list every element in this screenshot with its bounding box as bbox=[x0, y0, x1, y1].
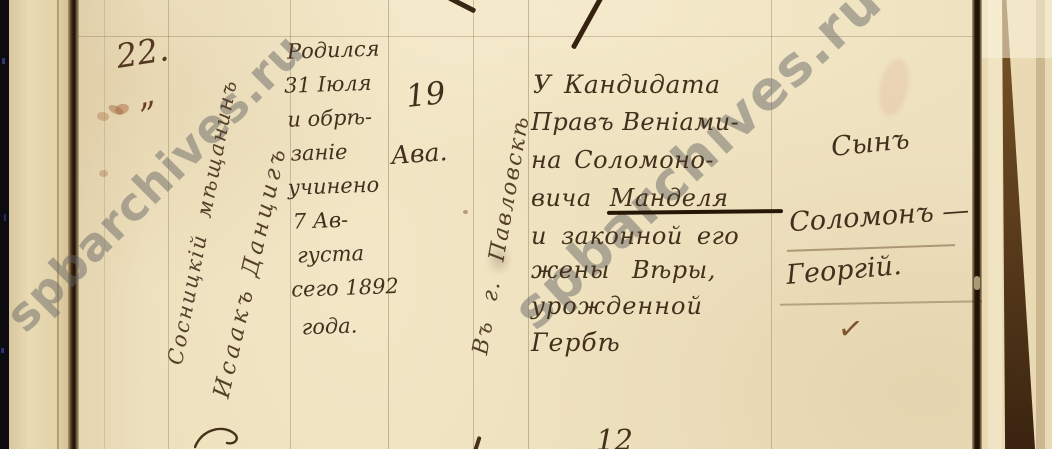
column-rule bbox=[473, 0, 474, 449]
right-page-light-band bbox=[988, 0, 1002, 449]
record-number: 22. bbox=[114, 32, 171, 73]
hebrew-date-month: Ава. bbox=[390, 139, 448, 168]
check-mark: ✓ bbox=[836, 310, 866, 348]
fox-spot bbox=[99, 170, 108, 177]
page-edge-line bbox=[57, 0, 59, 449]
birth-date-text: Родился 31 Іюля и обрѣ- заніе учинено 7 … bbox=[283, 38, 394, 351]
date-line: заніе bbox=[290, 142, 348, 165]
date-line: сего 1892 bbox=[291, 276, 399, 301]
page-edge-strip bbox=[9, 0, 75, 449]
parents-line: У Кандидата bbox=[533, 72, 721, 97]
date-line: года. bbox=[301, 315, 357, 338]
date-line: 31 Іюля bbox=[284, 73, 372, 97]
parents-line: Гербѣ bbox=[531, 330, 621, 355]
fold-highlight bbox=[974, 276, 980, 290]
child-name-line2: Георгій. bbox=[785, 252, 903, 289]
parents-line: вича Манделя bbox=[531, 186, 729, 210]
date-line: густа bbox=[297, 243, 365, 266]
birthplace-text: Въ г. Павловскѣ bbox=[470, 113, 534, 356]
book-binding-edge bbox=[0, 0, 9, 449]
officiant-name: Исаакъ Данцигъ bbox=[211, 144, 291, 401]
parents-line: на Соломоно- bbox=[531, 148, 714, 172]
date-line: Родился bbox=[287, 38, 380, 62]
child-name-line1: Соломонъ — bbox=[788, 197, 970, 237]
child-name-underline bbox=[787, 244, 955, 251]
parents-line: и законной его bbox=[531, 224, 739, 248]
page-fold-line-left bbox=[68, 0, 79, 449]
parents-line: урожденной bbox=[531, 294, 703, 318]
binding-speckle bbox=[1, 348, 4, 353]
ink-fragment-bottom-flourish bbox=[194, 424, 248, 449]
hebrew-date-day: 19 bbox=[404, 78, 446, 113]
ink-fragment-top bbox=[571, 0, 604, 49]
right-page-corner-light bbox=[982, 0, 1052, 58]
page-fold-line-right bbox=[972, 0, 982, 449]
row-rule bbox=[75, 36, 973, 37]
binding-speckle bbox=[2, 58, 5, 64]
parents-text: У Кандидата Правъ Веніами- на Соломоно- … bbox=[531, 58, 776, 388]
stain bbox=[874, 56, 913, 119]
column-rule bbox=[528, 0, 529, 449]
binding-speckle bbox=[4, 214, 6, 221]
column-rule bbox=[104, 0, 105, 449]
archival-register-scan: spbarchives.ru spbarchives.ru spbarchive… bbox=[0, 0, 1052, 449]
right-page-shade-band bbox=[1036, 0, 1045, 449]
next-row-number-fragment: 12 bbox=[596, 426, 633, 449]
date-line: и обрѣ- bbox=[287, 107, 372, 131]
parents-line: Правъ Веніами- bbox=[531, 110, 739, 134]
child-relation: Сынъ bbox=[830, 126, 911, 161]
date-line: учинено bbox=[287, 175, 379, 199]
parents-line: жены Вѣры, bbox=[531, 258, 716, 282]
date-line: 7 Ав- bbox=[293, 210, 349, 233]
paper-speck bbox=[463, 210, 468, 214]
child-name-underline bbox=[780, 300, 985, 305]
